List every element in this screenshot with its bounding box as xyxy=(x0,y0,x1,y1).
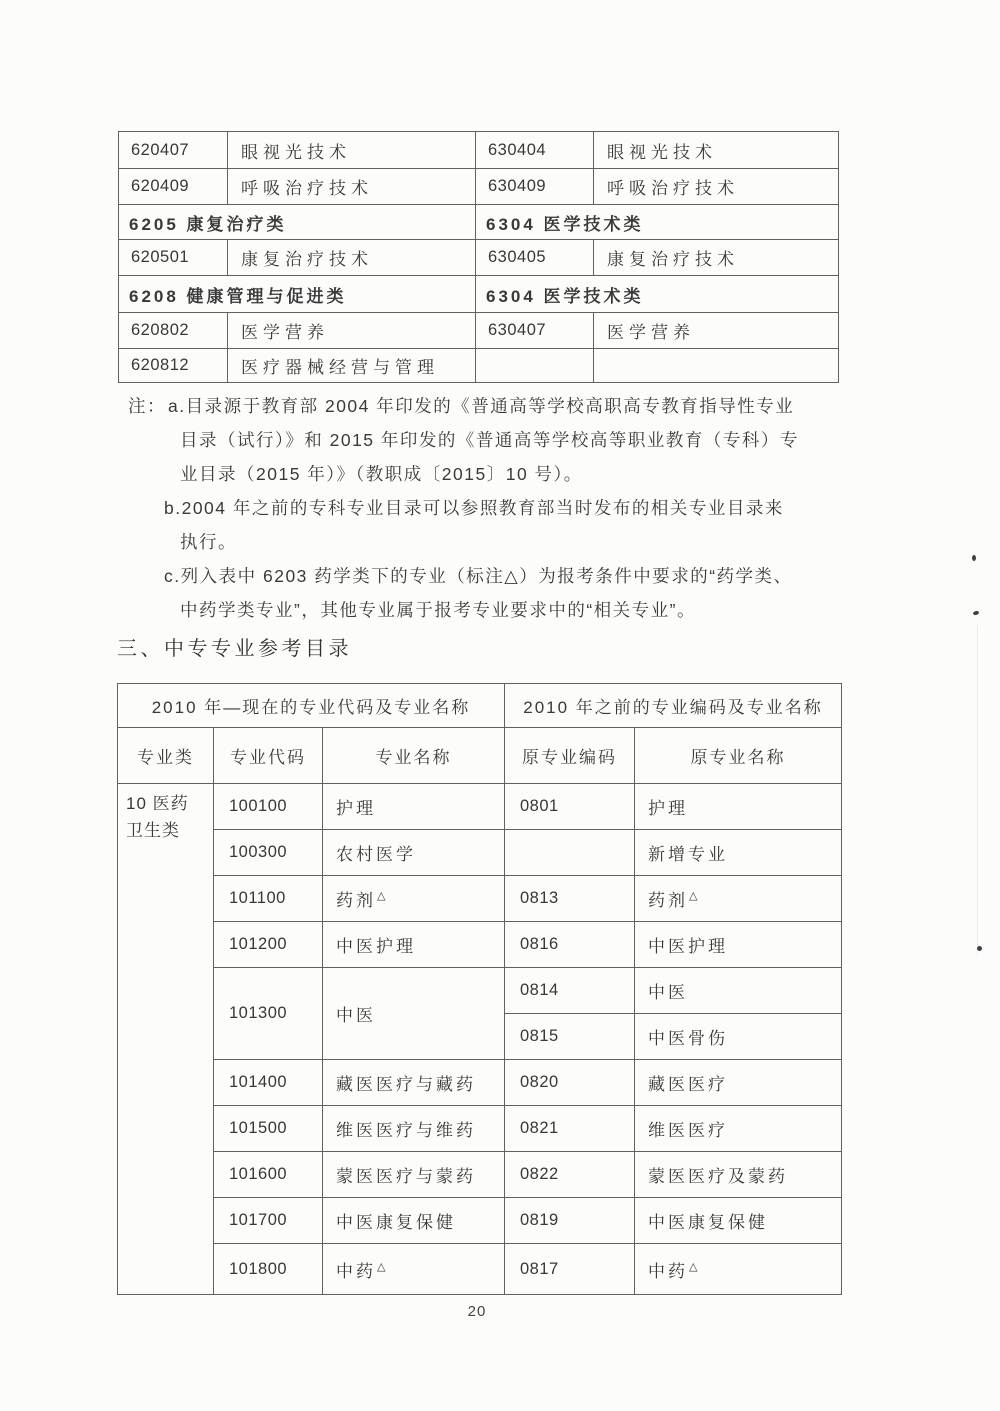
major-name-cell: 医学营养 xyxy=(228,313,476,349)
major-code-cell: 101300 xyxy=(214,968,323,1060)
old-major-name-cell: 呼吸治疗技术 xyxy=(594,169,839,205)
category-cell-left: 6208 健康管理与促进类 xyxy=(119,276,476,313)
old-name-cell: 中医康复保健 xyxy=(635,1198,842,1244)
major-name-cell: 康复治疗技术 xyxy=(228,240,476,276)
major-name-text: 药剂 xyxy=(336,891,376,910)
table-row: 101200 中医护理 0816 中医护理 xyxy=(118,922,842,968)
table-row: 101500 维医医疗与维药 0821 维医医疗 xyxy=(118,1106,842,1152)
major-name-text: 中药 xyxy=(336,1262,376,1281)
major-name-cell: 中药△ xyxy=(323,1244,505,1295)
table-row: 620409 呼吸治疗技术 630409 呼吸治疗技术 xyxy=(119,169,839,205)
note-line: 业目录（2015 年）》（教职成〔2015〕10 号）。 xyxy=(180,457,868,491)
old-code-cell: 0801 xyxy=(505,784,635,830)
note-text: a.目录源于教育部 2004 年印发的《普通高等学校高职高专教育指导性专业 xyxy=(168,396,794,416)
old-name-cell: 蒙医医疗及蒙药 xyxy=(635,1152,842,1198)
major-class-line: 卫生类 xyxy=(126,817,210,844)
delta-mark: △ xyxy=(689,890,697,902)
column-header-major-code: 专业代码 xyxy=(214,728,323,784)
old-name-cell: 新增专业 xyxy=(635,830,842,876)
major-code-cell: 101600 xyxy=(214,1152,323,1198)
note-label: 注： xyxy=(128,396,166,416)
scan-speck xyxy=(973,610,980,615)
major-name-cell: 藏医医疗与藏药 xyxy=(323,1060,505,1106)
table-row: 101600 蒙医医疗与蒙药 0822 蒙医医疗及蒙药 xyxy=(118,1152,842,1198)
delta-mark: △ xyxy=(377,1261,385,1273)
old-code-cell: 0815 xyxy=(505,1014,635,1060)
old-code-cell: 0821 xyxy=(505,1106,635,1152)
page-number: 20 xyxy=(0,1303,954,1320)
old-code-cell: 0819 xyxy=(505,1198,635,1244)
major-name-cell: 眼视光技术 xyxy=(228,132,476,169)
old-name-cell: 中医护理 xyxy=(635,922,842,968)
major-code-cell: 101800 xyxy=(214,1244,323,1295)
major-code-cell: 101500 xyxy=(214,1106,323,1152)
group-header-former: 2010 年之前的专业编码及专业名称 xyxy=(505,684,842,728)
major-code-cell: 101700 xyxy=(214,1198,323,1244)
major-code-cell: 620501 xyxy=(119,240,228,276)
old-name-cell: 中医骨伤 xyxy=(635,1014,842,1060)
scan-artifact-line xyxy=(977,625,978,955)
major-code-cell: 620407 xyxy=(119,132,228,169)
old-name-cell: 藏医医疗 xyxy=(635,1060,842,1106)
column-header-major-name: 专业名称 xyxy=(323,728,505,784)
major-code-cell: 101400 xyxy=(214,1060,323,1106)
old-major-code-cell: 630407 xyxy=(476,313,594,349)
category-cell-right: 6304 医学技术类 xyxy=(476,205,839,240)
major-name-cell: 维医医疗与维药 xyxy=(323,1106,505,1152)
major-code-cell: 101100 xyxy=(214,876,323,922)
major-code-cell: 101200 xyxy=(214,922,323,968)
table-row: 620802 医学营养 630407 医学营养 xyxy=(119,313,839,349)
major-name-cell: 呼吸治疗技术 xyxy=(228,169,476,205)
old-name-cell: 中药△ xyxy=(635,1244,842,1295)
vocational-majors-table: 620407 眼视光技术 630404 眼视光技术 620409 呼吸治疗技术 … xyxy=(118,131,839,383)
category-row: 6208 健康管理与促进类 6304 医学技术类 xyxy=(119,276,839,313)
old-major-name-cell: 眼视光技术 xyxy=(594,132,839,169)
major-name-cell: 中医 xyxy=(323,968,505,1060)
table-row: 620812 医疗器械经营与管理 xyxy=(119,349,839,383)
old-name-cell: 维医医疗 xyxy=(635,1106,842,1152)
secondary-school-majors-table: 2010 年—现在的专业代码及专业名称 2010 年之前的专业编码及专业名称 专… xyxy=(117,683,842,1295)
note-line: 目录（试行）》和 2015 年印发的《普通高等学校高等职业教育（专科）专 xyxy=(180,423,868,457)
scan-speck xyxy=(972,555,976,561)
old-name-cell: 护理 xyxy=(635,784,842,830)
major-code-cell: 100100 xyxy=(214,784,323,830)
old-code-cell: 0816 xyxy=(505,922,635,968)
major-code-cell: 620802 xyxy=(119,313,228,349)
column-header-old-name: 原专业名称 xyxy=(635,728,842,784)
group-header-current: 2010 年—现在的专业代码及专业名称 xyxy=(118,684,505,728)
old-code-cell: 0820 xyxy=(505,1060,635,1106)
notes-block: 注：a.目录源于教育部 2004 年印发的《普通高等学校高职高专教育指导性专业 … xyxy=(128,389,868,627)
major-name-cell: 医疗器械经营与管理 xyxy=(228,349,476,383)
major-code-cell: 100300 xyxy=(214,830,323,876)
major-name-cell: 药剂△ xyxy=(323,876,505,922)
group-header-row: 2010 年—现在的专业代码及专业名称 2010 年之前的专业编码及专业名称 xyxy=(118,684,842,728)
old-major-name-cell: 医学营养 xyxy=(594,313,839,349)
table-row: 10 医药 卫生类 100100 护理 0801 护理 xyxy=(118,784,842,830)
table-row: 620407 眼视光技术 630404 眼视光技术 xyxy=(119,132,839,169)
column-header-old-code: 原专业编码 xyxy=(505,728,635,784)
category-cell-right: 6304 医学技术类 xyxy=(476,276,839,313)
column-header-major-class: 专业类 xyxy=(118,728,214,784)
note-line: 中药学类专业”，其他专业属于报考专业要求中的“相关专业”。 xyxy=(180,593,868,627)
column-header-row: 专业类 专业代码 专业名称 原专业编码 原专业名称 xyxy=(118,728,842,784)
old-code-cell: 0813 xyxy=(505,876,635,922)
major-code-cell: 620812 xyxy=(119,349,228,383)
section-heading: 三、中专专业参考目录 xyxy=(117,632,352,661)
major-code-cell: 620409 xyxy=(119,169,228,205)
table-row: 101700 中医康复保健 0819 中医康复保健 xyxy=(118,1198,842,1244)
table-row: 620501 康复治疗技术 630405 康复治疗技术 xyxy=(119,240,839,276)
old-name-text: 中药 xyxy=(648,1262,688,1281)
note-line: c.列入表中 6203 药学类下的专业（标注△）为报考条件中要求的“药学类、 xyxy=(164,559,868,593)
old-major-code-cell: 630409 xyxy=(476,169,594,205)
category-row: 6205 康复治疗类 6304 医学技术类 xyxy=(119,205,839,240)
major-name-cell: 中医护理 xyxy=(323,922,505,968)
table-row: 101100 药剂△ 0813 药剂△ xyxy=(118,876,842,922)
old-major-code-cell: 630405 xyxy=(476,240,594,276)
old-code-cell: 0822 xyxy=(505,1152,635,1198)
major-class-cell: 10 医药 卫生类 xyxy=(118,784,214,1295)
note-line: b.2004 年之前的专科专业目录可以参照教育部当时发布的相关专业目录来 xyxy=(164,491,868,525)
old-code-cell: 0814 xyxy=(505,968,635,1014)
note-line: 执行。 xyxy=(180,525,868,559)
major-name-cell: 蒙医医疗与蒙药 xyxy=(323,1152,505,1198)
major-class-line: 10 医药 xyxy=(126,790,210,817)
category-cell-left: 6205 康复治疗类 xyxy=(119,205,476,240)
scanned-document-page: 620407 眼视光技术 630404 眼视光技术 620409 呼吸治疗技术 … xyxy=(0,0,1000,1411)
major-name-cell: 中医康复保健 xyxy=(323,1198,505,1244)
table-row: 101300 中医 0814 中医 xyxy=(118,968,842,1014)
old-code-cell: 0817 xyxy=(505,1244,635,1295)
old-name-text: 药剂 xyxy=(648,891,688,910)
old-major-name-cell xyxy=(594,349,839,383)
old-major-code-cell xyxy=(476,349,594,383)
table-row: 100300 农村医学 新增专业 xyxy=(118,830,842,876)
table-row: 101800 中药△ 0817 中药△ xyxy=(118,1244,842,1295)
major-name-cell: 护理 xyxy=(323,784,505,830)
note-line: 注：a.目录源于教育部 2004 年印发的《普通高等学校高职高专教育指导性专业 xyxy=(128,389,868,423)
old-code-cell xyxy=(505,830,635,876)
major-name-cell: 农村医学 xyxy=(323,830,505,876)
old-major-name-cell: 康复治疗技术 xyxy=(594,240,839,276)
delta-mark: △ xyxy=(689,1261,697,1273)
old-name-cell: 药剂△ xyxy=(635,876,842,922)
old-name-cell: 中医 xyxy=(635,968,842,1014)
old-major-code-cell: 630404 xyxy=(476,132,594,169)
table-row: 101400 藏医医疗与藏药 0820 藏医医疗 xyxy=(118,1060,842,1106)
delta-mark: △ xyxy=(377,890,385,902)
